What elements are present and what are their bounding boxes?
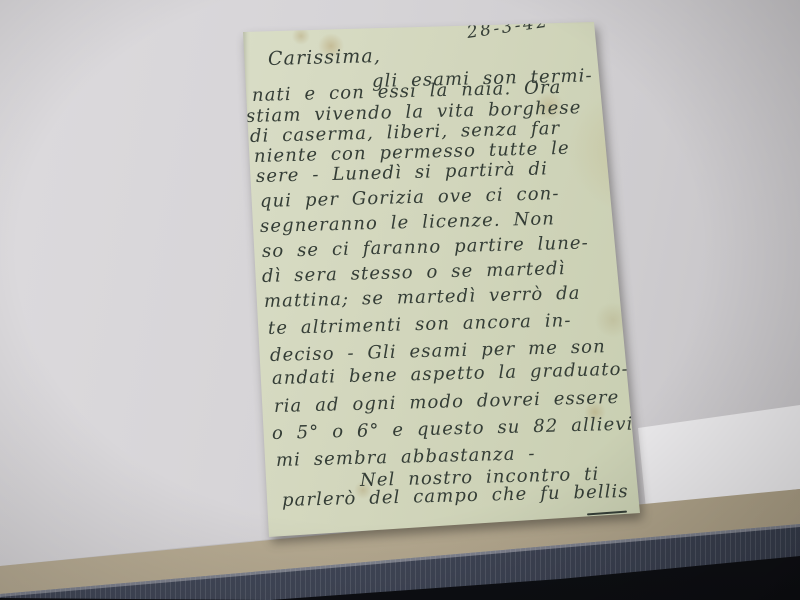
letter-salutation: Carissima, bbox=[268, 45, 382, 70]
letter-line: te altrimenti son ancora in- bbox=[268, 310, 572, 340]
letter-card: 28-3-42 Carissima, gli esami son termi- … bbox=[243, 20, 643, 542]
letter-card-wrapper: 28-3-42 Carissima, gli esami son termi- … bbox=[243, 20, 643, 542]
letter-line: parlerò del campo che fu bellis bbox=[282, 481, 629, 512]
photo-of-letter: 28-3-42 Carissima, gli esami son termi- … bbox=[0, 0, 800, 600]
letter-line: o 5° o 6° e questo su 82 allievi bbox=[272, 414, 634, 445]
letter-line: mattina; se martedì verrò da bbox=[264, 283, 581, 313]
underline-stroke bbox=[587, 511, 627, 516]
letter-line: ria ad ogni modo dovrei essere bbox=[274, 387, 620, 418]
